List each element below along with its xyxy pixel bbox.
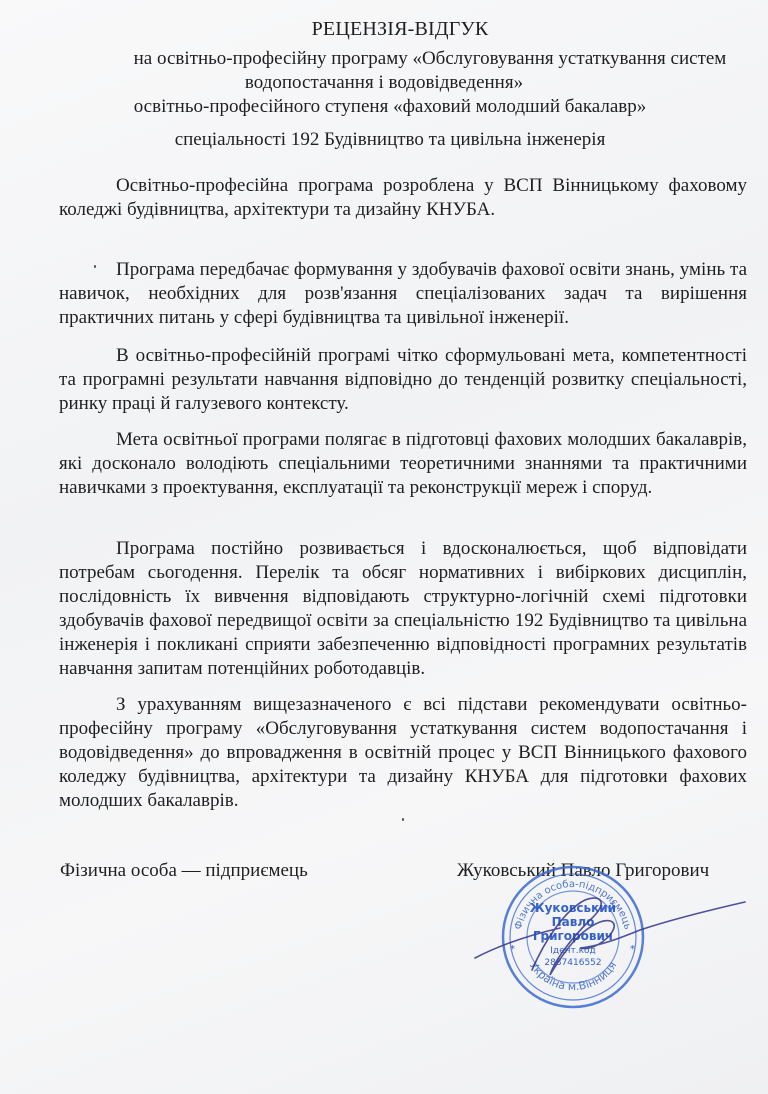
paragraph-1: Освітньо-професійна програма розроблена … [59,174,747,222]
paragraph-2: Програма передбачає формування у здобува… [59,258,747,330]
signatory-position: Фізична особа — підприємець [60,860,308,882]
paragraph-3: В освітньо-професійній програмі чітко сф… [59,344,747,416]
handwritten-signature-icon [470,880,750,1000]
paragraph-4: Мета освітньої програми полягає в підгот… [59,428,747,500]
document-subtitle-line2: водопостачання і водовідведення» [0,71,768,95]
document-subtitle-line3: освітньо-професійного ступеня «фаховий м… [20,95,760,119]
speck-mark [94,265,96,268]
paragraph-6: З урахуванням вищезазначеного є всі підс… [59,693,747,813]
document-specialty: спеціальності 192 Будівництво та цивільн… [20,128,760,152]
paragraph-5: Програма постійно розвивається і вдоскон… [59,537,747,681]
document-page: РЕЦЕНЗІЯ-ВІДГУК на освітньо-професійну п… [0,0,768,1094]
speck-mark [402,818,404,821]
document-subtitle-line1: на освітньо-професійну програму «Обслуго… [30,47,768,71]
document-title: РЕЦЕНЗІЯ-ВІДГУК [150,17,650,41]
